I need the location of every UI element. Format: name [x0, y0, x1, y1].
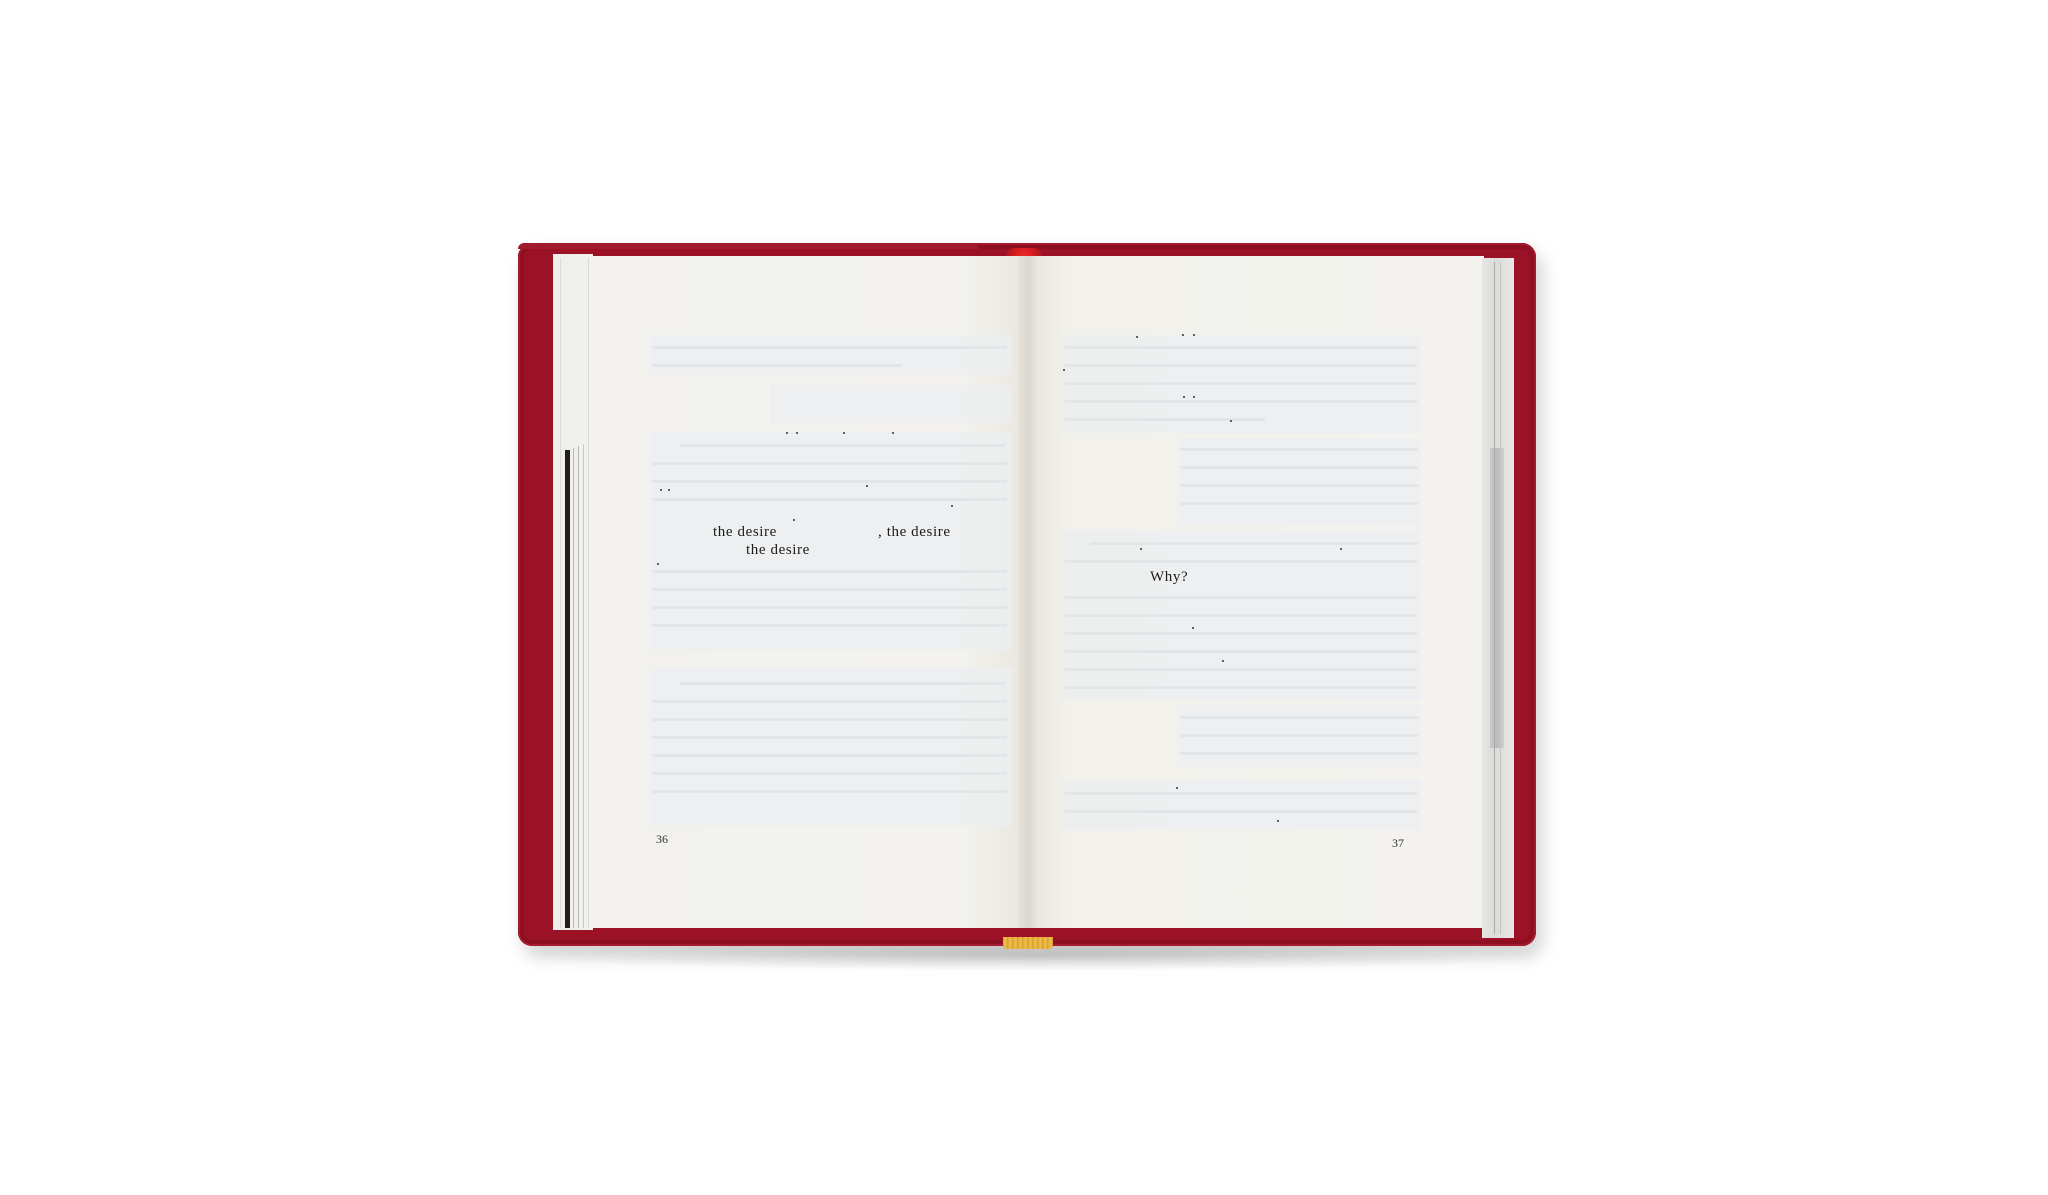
erased-line: [1065, 614, 1417, 617]
erased-line: [1065, 400, 1417, 403]
ink-speck: [1063, 369, 1065, 371]
page-edge-line: [583, 444, 584, 928]
ink-speck: [1192, 627, 1194, 629]
ink-speck: [660, 489, 662, 491]
ink-speck: [793, 519, 795, 521]
page-edge-line: [588, 258, 589, 928]
ink-speck: [1222, 660, 1224, 662]
ink-speck: [843, 432, 845, 434]
erased-line: [1180, 466, 1418, 469]
erased-text-block: [650, 668, 1012, 826]
erased-line: [680, 682, 1005, 685]
erased-text-block: [770, 385, 1012, 423]
poem-word: Why?: [1150, 568, 1188, 586]
erased-line: [1065, 346, 1417, 349]
erased-line: [652, 790, 1007, 793]
erased-line: [652, 570, 1007, 573]
erased-line: [1065, 686, 1417, 689]
cover-top-edge: [518, 243, 978, 249]
page-edge-line: [573, 448, 574, 928]
erased-line: [1065, 792, 1417, 795]
erased-line: [652, 700, 1007, 703]
ink-speck: [892, 432, 894, 434]
erased-line: [1180, 734, 1418, 737]
erased-line: [652, 480, 1007, 483]
erased-line: [1065, 810, 1417, 813]
erased-text-block: [650, 335, 1012, 375]
erased-line: [1065, 650, 1417, 653]
erased-line: [652, 606, 1007, 609]
ink-speck: [1182, 334, 1184, 336]
erased-line: [1180, 752, 1418, 755]
erased-line: [1180, 716, 1418, 719]
ink-speck: [1176, 787, 1178, 789]
erased-line: [1065, 560, 1417, 563]
erased-line: [652, 718, 1007, 721]
ink-speck: [951, 505, 953, 507]
page-edge-line: [1500, 262, 1501, 934]
erased-line: [1090, 542, 1418, 545]
erased-line: [652, 346, 1007, 349]
erased-line: [1065, 596, 1417, 599]
erased-text-block: [1063, 780, 1421, 830]
ink-speck: [1183, 396, 1185, 398]
erased-line: [652, 364, 902, 367]
book-gutter: [1018, 256, 1040, 928]
ink-speck: [796, 432, 798, 434]
erased-line: [652, 754, 1007, 757]
headband-bottom: [1003, 937, 1053, 949]
erased-line: [1065, 418, 1265, 421]
erased-line: [1065, 364, 1417, 367]
ink-speck: [866, 485, 868, 487]
erased-line: [1180, 448, 1418, 451]
page-number-right: 37: [1392, 836, 1404, 851]
page-edge-line: [1494, 262, 1495, 934]
poem-word: the desire: [746, 541, 810, 559]
erased-line: [1180, 484, 1418, 487]
ink-speck: [1193, 396, 1195, 398]
erased-line: [1180, 502, 1418, 505]
ink-speck: [1136, 336, 1138, 338]
poem-word: , the desire: [878, 523, 951, 541]
right-page-stack-band: [1490, 448, 1504, 748]
erased-line: [1065, 382, 1417, 385]
ink-speck: [1140, 548, 1142, 550]
ink-speck: [786, 432, 788, 434]
erased-line: [1065, 632, 1417, 635]
poem-word: the desire: [713, 523, 777, 541]
erased-text-block: [1178, 438, 1421, 526]
ink-speck: [1340, 548, 1342, 550]
page-edge-dark-line: [565, 450, 570, 928]
erased-line: [652, 624, 1007, 627]
page-edge-line: [560, 258, 561, 928]
erased-line: [652, 772, 1007, 775]
page-number-left: 36: [656, 832, 668, 847]
page-edge-line: [578, 446, 579, 928]
ink-speck: [657, 563, 659, 565]
ink-speck: [1193, 334, 1195, 336]
ink-speck: [1230, 420, 1232, 422]
erased-line: [652, 498, 1007, 501]
erased-line: [680, 444, 1005, 447]
erased-line: [652, 588, 1007, 591]
erased-line: [652, 462, 1007, 465]
erased-line: [652, 736, 1007, 739]
ink-speck: [1277, 820, 1279, 822]
erased-line: [1065, 668, 1417, 671]
ink-speck: [668, 489, 670, 491]
